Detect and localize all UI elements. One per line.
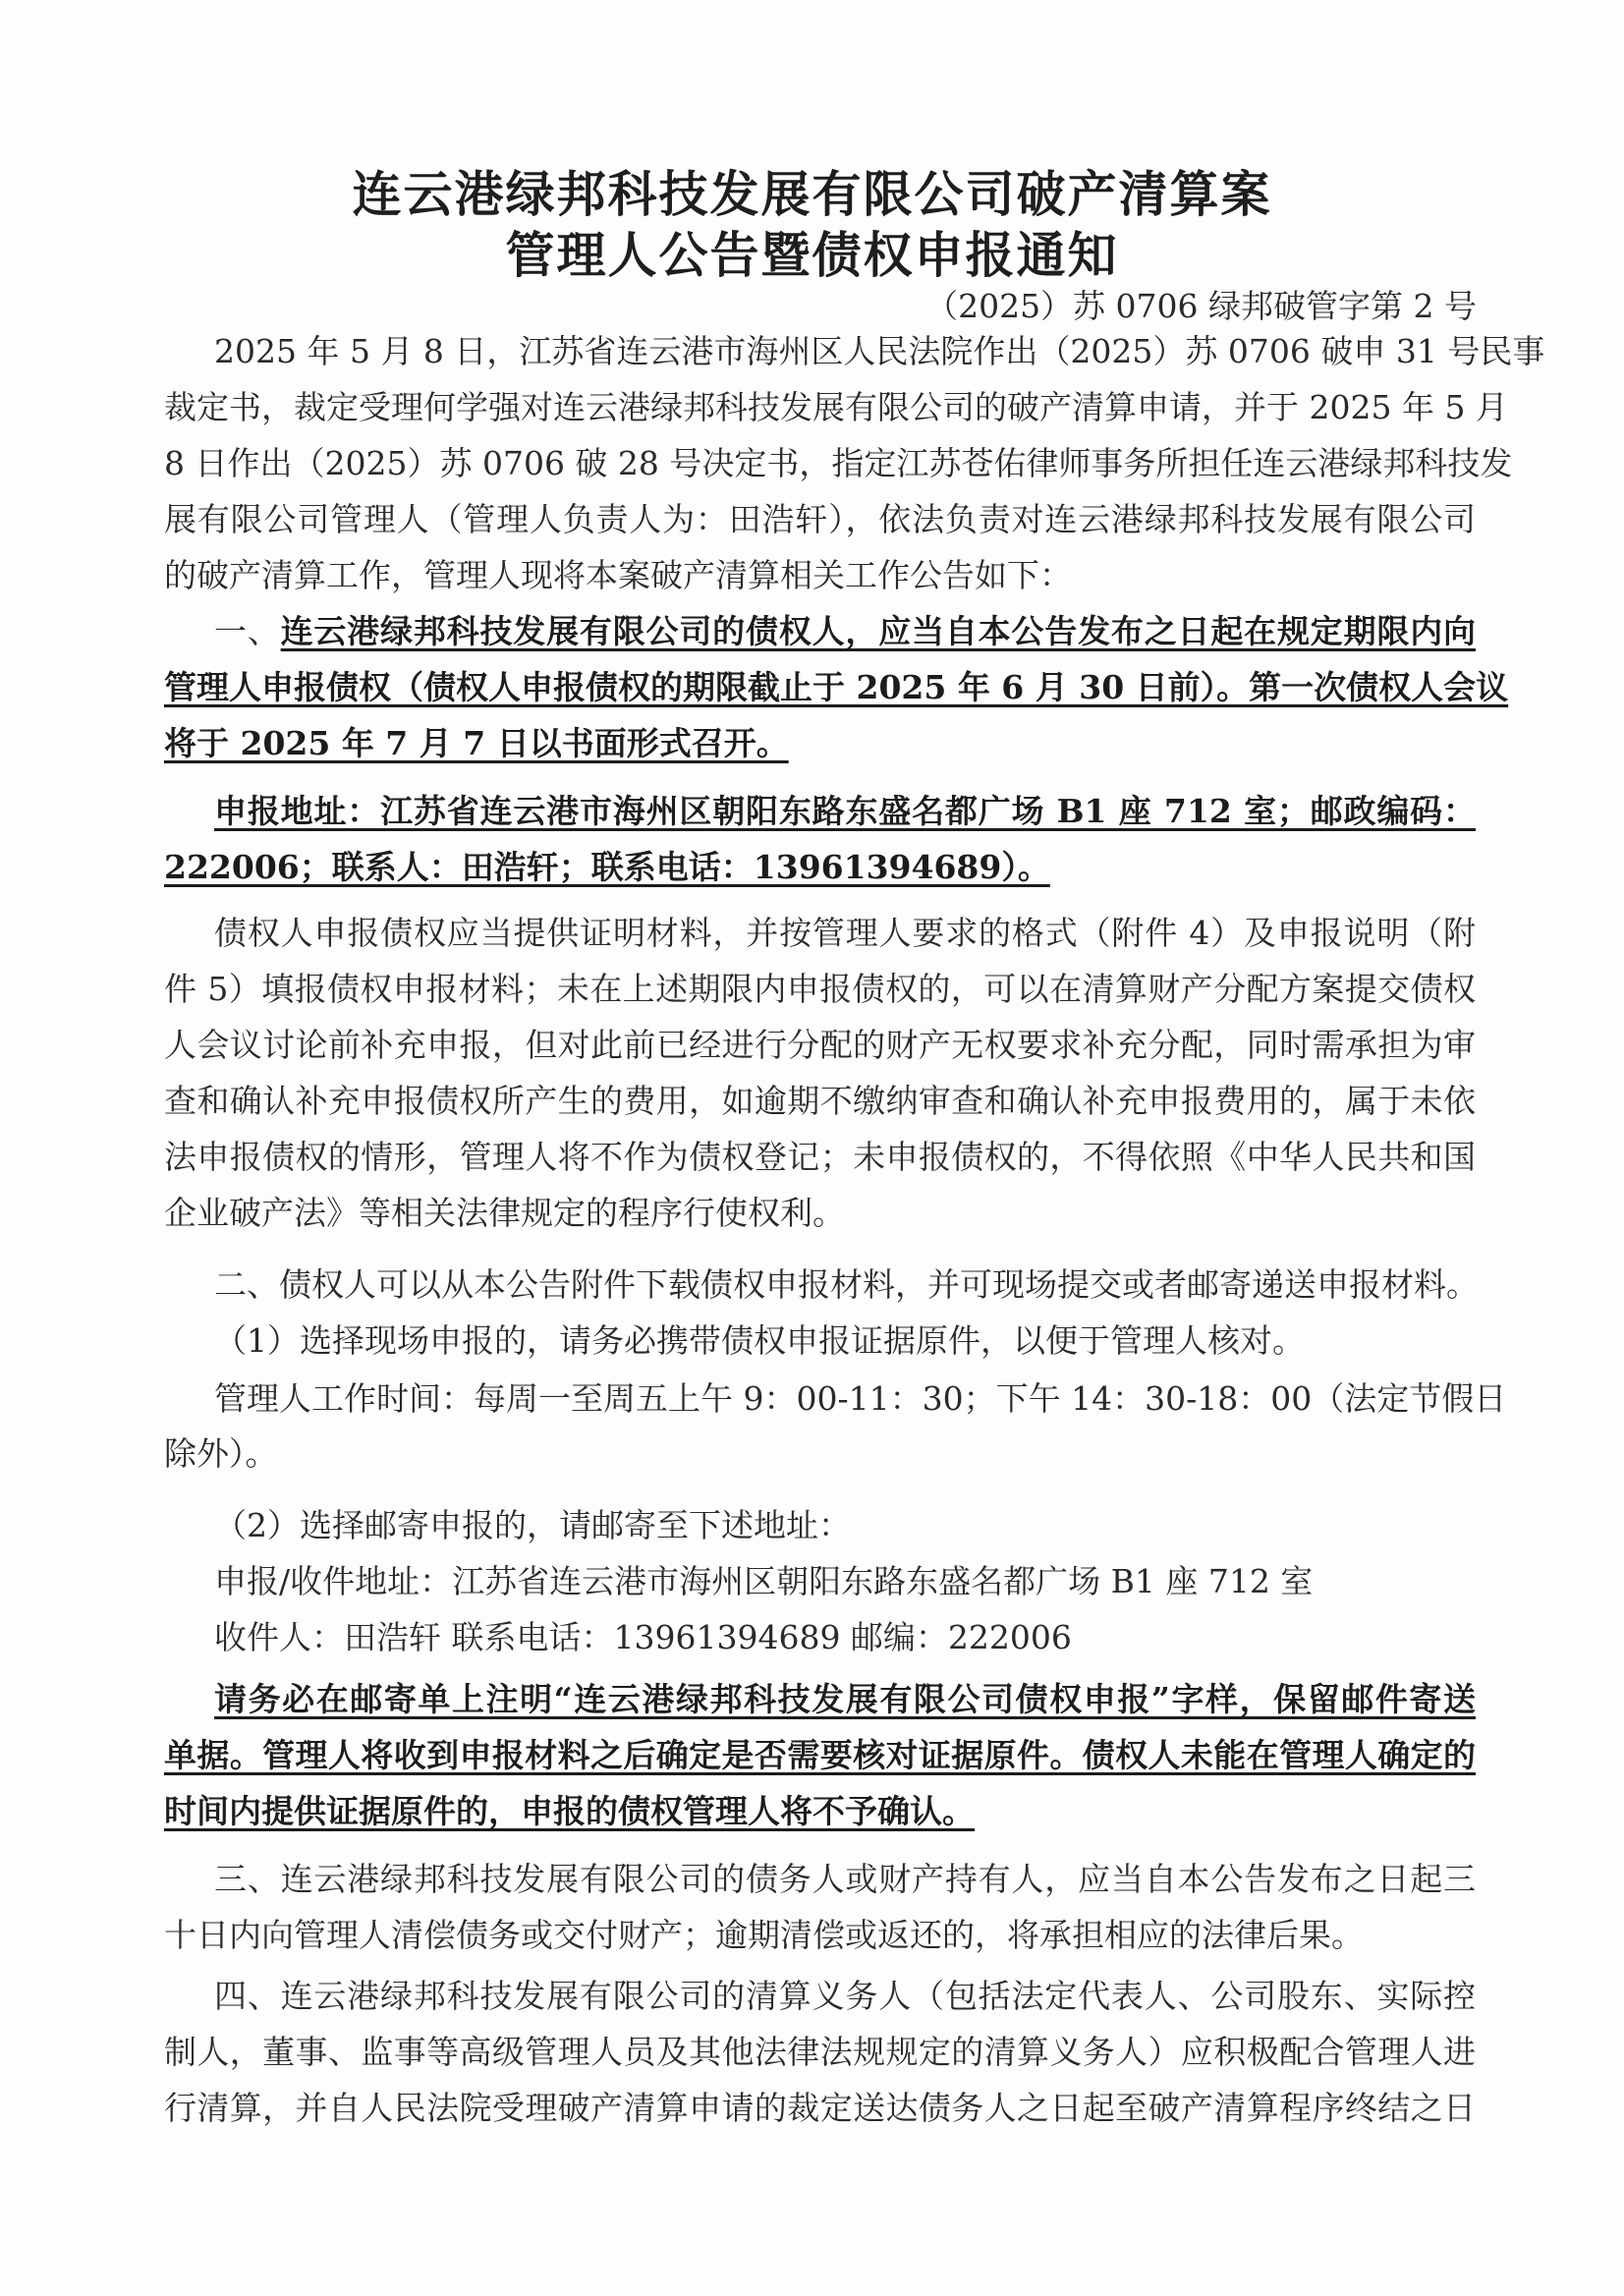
section1-detail-line-6: 企业破产法》等相关法律规定的程序行使权利。	[164, 1194, 1476, 1233]
section1-line-3: 将于 2025 年 7 月 7 日以书面形式召开。	[164, 724, 789, 763]
section1-line-2: 管理人申报债权（债权人申报债权的期限截止于 2025 年 6 月 30 日前）。…	[164, 668, 1476, 707]
section1-line-1: 一、连云港绿邦科技发展有限公司的债权人，应当自本公告发布之日起在规定期限内向	[214, 612, 1476, 651]
intro-line-3: 8 日作出（2025）苏 0706 破 28 号决定书，指定江苏苍佑律师事务所担…	[164, 444, 1476, 483]
section1-detail-line-2: 件 5）填报债权申报材料；未在上述期限内申报债权的，可以在清算财产分配方案提交债…	[164, 970, 1476, 1009]
document-title-line2: 管理人公告暨债权申报通知	[0, 216, 1624, 287]
section1-address-line-1: 申报地址：江苏省连云港市海州区朝阳东路东盛名都广场 B1 座 712 室；邮政编…	[214, 792, 1476, 831]
section3-line-2: 十日内向管理人清偿债务或交付财产；逾期清偿或返还的，将承担相应的法律后果。	[164, 1916, 1476, 1955]
intro-line-1: 2025 年 5 月 8 日，江苏省连云港市海州区人民法院作出（2025）苏 0…	[214, 332, 1476, 371]
section4-line-3: 行清算，并自人民法院受理破产清算申请的裁定送达债务人之日起至破产清算程序终结之日	[164, 2089, 1476, 2128]
section2-hours-line-2: 除外）。	[164, 1434, 1476, 1474]
document-page: 连云港绿邦科技发展有限公司破产清算案 管理人公告暨债权申报通知 （2025）苏 …	[0, 0, 1624, 2296]
section3-line-1: 三、连云港绿邦科技发展有限公司的债务人或财产持有人，应当自本公告发布之日起三	[214, 1860, 1476, 1899]
section2-notice-line-2: 单据。管理人将收到申报材料之后确定是否需要核对证据原件。债权人未能在管理人确定的	[164, 1736, 1476, 1775]
section1-detail-line-4: 查和确认补充申报债权所产生的费用，如逾期不缴纳审查和确认补充申报费用的，属于未依	[164, 1082, 1476, 1121]
section1-detail-line-3: 人会议讨论前补充申报，但对此前已经进行分配的财产无权要求补充分配，同时需承担为审	[164, 1026, 1476, 1065]
section1-prefix: 一、	[214, 612, 281, 650]
section2-mail: （2）选择邮寄申报的，请邮寄至下述地址：	[214, 1506, 1476, 1545]
section2-notice-line-3: 时间内提供证据原件的，申报的债权管理人将不予确认。	[164, 1792, 975, 1831]
section1-highlight-1: 连云港绿邦科技发展有限公司的债权人，应当自本公告发布之日起在规定期限内向	[281, 612, 1476, 650]
section2-lead: 二、债权人可以从本公告附件下载债权申报材料，并可现场提交或者邮寄递送申报材料。	[214, 1265, 1476, 1305]
section1-address-line-2: 222006；联系人：田浩轩；联系电话：13961394689）。	[164, 848, 1050, 887]
section2-mail-address: 申报/收件地址：江苏省连云港市海州区朝阳东路东盛名都广场 B1 座 712 室	[214, 1562, 1476, 1601]
section2-hours-line-1: 管理人工作时间：每周一至周五上午 9：00-11：30；下午 14：30-18：…	[214, 1379, 1476, 1419]
section2-notice-line-1: 请务必在邮寄单上注明“连云港绿邦科技发展有限公司债权申报”字样，保留邮件寄送	[214, 1680, 1476, 1719]
section2-recipient: 收件人：田浩轩 联系电话：13961394689 邮编：222006	[214, 1618, 1476, 1657]
document-number: （2025）苏 0706 绿邦破管字第 2 号	[925, 281, 1477, 327]
intro-line-2: 裁定书，裁定受理何学强对连云港绿邦科技发展有限公司的破产清算申请，并于 2025…	[164, 388, 1476, 427]
section4-line-2: 制人，董事、监事等高级管理人员及其他法律法规规定的清算义务人）应积极配合管理人进	[164, 2033, 1476, 2072]
section1-detail-line-5: 法申报债权的情形，管理人将不作为债权登记；未申报债权的，不得依照《中华人民共和国	[164, 1138, 1476, 1177]
intro-line-5: 的破产清算工作，管理人现将本案破产清算相关工作公告如下：	[164, 556, 1476, 595]
intro-line-4: 展有限公司管理人（管理人负责人为：田浩轩），依法负责对连云港绿邦科技发展有限公司	[164, 500, 1476, 539]
section2-onsite: （1）选择现场申报的，请务必携带债权申报证据原件，以便于管理人核对。	[214, 1321, 1476, 1361]
section1-detail-line-1: 债权人申报债权应当提供证明材料，并按管理人要求的格式（附件 4）及申报说明（附	[214, 914, 1476, 953]
section4-line-1: 四、连云港绿邦科技发展有限公司的清算义务人（包括法定代表人、公司股东、实际控	[214, 1977, 1476, 2016]
